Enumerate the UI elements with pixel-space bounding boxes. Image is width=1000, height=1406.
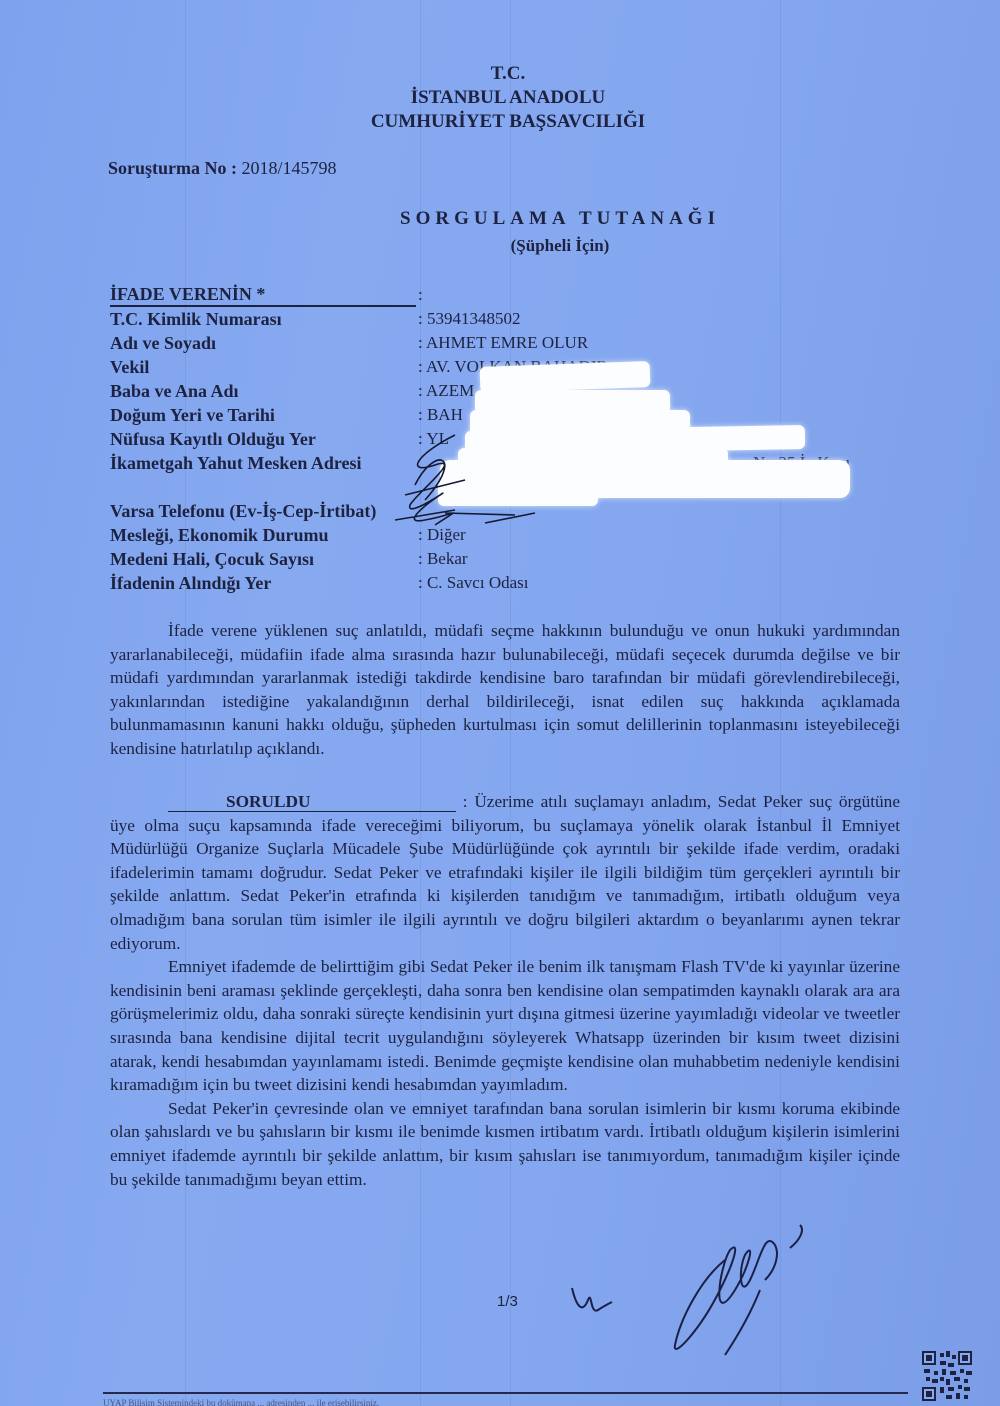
case-number: Soruşturma No : 2018/145798	[108, 158, 337, 179]
fields-heading: İFADE VERENİN * :	[110, 283, 890, 307]
field-row-location: İfadenin Alındığı Yer: C. Savcı Odası	[110, 571, 890, 595]
field-row-name: Adı ve Soyadı: AHMET EMRE OLUR	[110, 331, 890, 355]
document-page: T.C. İSTANBUL ANADOLU CUMHURİYET BAŞSAVC…	[0, 0, 1000, 1406]
document-subtitle: (Şüpheli İçin)	[0, 236, 1000, 256]
case-number-value: 2018/145798	[237, 158, 337, 178]
institution-header: T.C. İSTANBUL ANADOLU CUMHURİYET BAŞSAVC…	[0, 62, 1000, 134]
footer-divider	[103, 1392, 908, 1394]
signature-icon	[560, 1220, 840, 1360]
qr-code-icon	[922, 1350, 972, 1402]
header-line-1: T.C.	[8, 62, 1000, 86]
statement-paragraph-3: Sedat Peker'in çevresinde olan ve emniye…	[110, 1097, 900, 1191]
header-line-2: İSTANBUL ANADOLU	[8, 86, 1000, 110]
page-number: 1/3	[497, 1293, 518, 1310]
case-number-label: Soruşturma No :	[108, 158, 237, 178]
statement-paragraph-2: Emniyet ifademde de belirttiğim gibi Sed…	[110, 955, 900, 1097]
document-title: SORGULAMA TUTANAĞI	[0, 208, 1000, 230]
statement-paragraph-1: : Üzerime atılı suçlamayı anladım, Sedat…	[110, 792, 900, 953]
field-row-marital: Medeni Hali, Çocuk Sayısı: Bekar	[110, 547, 890, 571]
field-row-tc-id: T.C. Kimlik Numarası: 53941348502	[110, 307, 890, 331]
statement-section: SORULDU : Üzerime atılı suçlamayı anladı…	[110, 790, 900, 1191]
scribble-redaction-icon	[395, 425, 545, 535]
rights-paragraph: İfade verene yüklenen suç anlatıldı, müd…	[110, 619, 900, 761]
header-line-3: CUMHURİYET BAŞSAVCILIĞI	[8, 110, 1000, 134]
footer-system-note: UYAP Bilişim Sistemindeki bu dokümana ..…	[103, 1398, 379, 1406]
soruldu-label: SORULDU	[168, 793, 456, 812]
